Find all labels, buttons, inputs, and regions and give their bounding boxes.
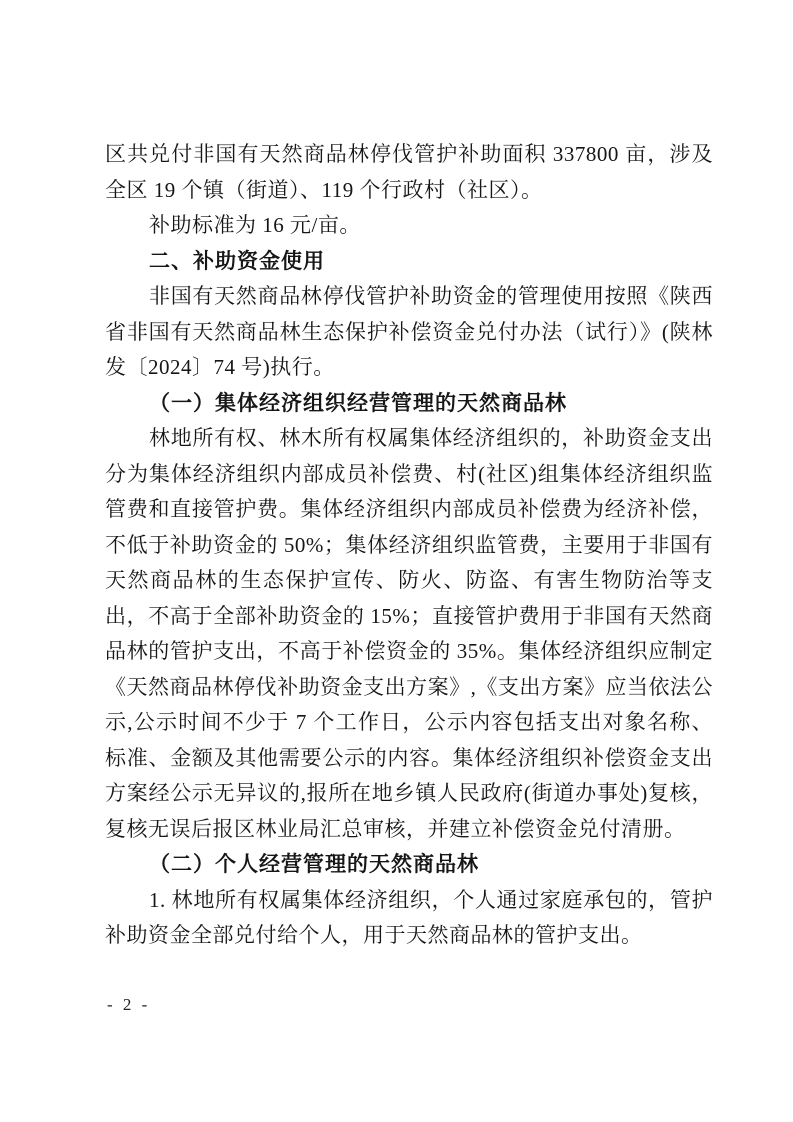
document-body: 区共兑付非国有天然商品林停伐管护补助面积 337800 亩，涉及全区 19 个镇…	[105, 137, 713, 954]
page-number: - 2 -	[107, 995, 150, 1015]
body-paragraph-continued: 区共兑付非国有天然商品林停伐管护补助面积 337800 亩，涉及全区 19 个镇…	[105, 137, 713, 208]
document-page: 区共兑付非国有天然商品林停伐管护补助面积 337800 亩，涉及全区 19 个镇…	[0, 0, 793, 1122]
body-paragraph: 补助标准为 16 元/亩。	[105, 208, 713, 244]
body-paragraph: 非国有天然商品林停伐管护补助资金的管理使用按照《陕西省非国有天然商品林生态保护补…	[105, 279, 713, 386]
section-heading: 二、补助资金使用	[105, 244, 713, 280]
body-paragraph: 林地所有权、林木所有权属集体经济组织的，补助资金支出分为集体经济组织内部成员补偿…	[105, 421, 713, 847]
body-paragraph: 1. 林地所有权属集体经济组织，个人通过家庭承包的，管护补助资金全部兑付给个人，…	[105, 883, 713, 954]
subsection-heading-1: （一）集体经济组织经营管理的天然商品林	[105, 386, 713, 422]
subsection-heading-2: （二）个人经营管理的天然商品林	[105, 847, 713, 883]
